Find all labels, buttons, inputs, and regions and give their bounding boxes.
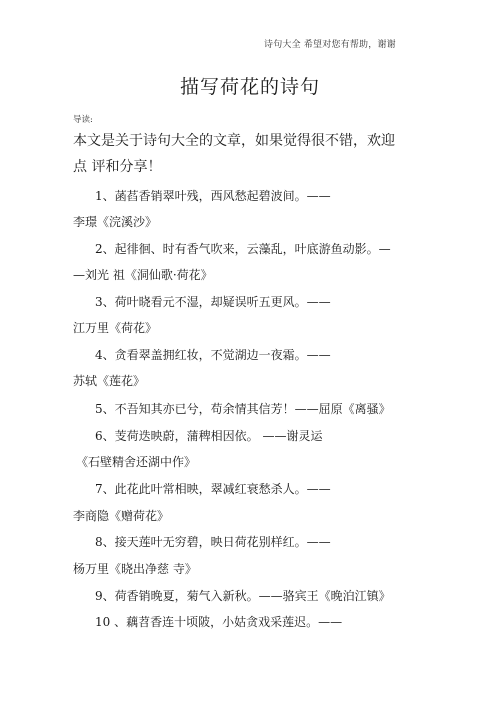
intro-paragraph: 本文是关于诗句大全的文章，如果觉得很不错，欢迎 点 评和分享！ — [73, 128, 433, 180]
poem-line: 7、此花此叶常相映，翠减红衰愁杀人。—— — [95, 480, 331, 497]
intro-line: 点 评和分享！ — [73, 154, 433, 180]
page-title: 描写荷花的诗句 — [0, 72, 500, 99]
poem-source: —刘光 祖《洞仙歌·荷花》 — [73, 266, 213, 283]
poem-line: 6、芰荷迭映蔚，蒲稗相因依。 ——谢灵运 — [95, 427, 322, 444]
header-note: 诗句大全 希望对您有帮助，谢谢 — [264, 37, 396, 50]
poem-source: 苏轼《莲花》 — [73, 372, 145, 389]
poem-line: 10 、藕苕香连十顷陂，小姑贪戏采莲迟。—— — [95, 613, 342, 630]
poem-line: 3、荷叶晓看元不湿，却疑误听五更风。—— — [95, 293, 331, 310]
poem-line: 5、不吾知其亦已兮，苟余情其信芳！——屈原《离骚》 — [95, 400, 391, 417]
poem-source: 《石壁精舍还湖中作》 — [76, 453, 196, 470]
poem-line: 4、贪看翠盖拥红妆，不觉湖边一夜霜。—— — [95, 346, 331, 363]
lead-label: 导读: — [73, 113, 93, 125]
poem-source: 杨万里《晓出净慈 寺》 — [73, 560, 197, 577]
intro-line: 本文是关于诗句大全的文章，如果觉得很不错，欢迎 — [73, 128, 433, 154]
poem-line: 2、起徘徊、时有香气吹来，云藻乱，叶底游鱼动影。— — [95, 240, 391, 257]
poem-line: 8、接天莲叶无穷碧，映日荷花别样红。—— — [95, 533, 331, 550]
poem-source: 江万里《荷花》 — [73, 319, 157, 336]
poem-source: 李商隐《赠荷花》 — [73, 507, 169, 524]
poem-source: 李璟《浣溪沙》 — [73, 213, 157, 230]
poem-line: 9、荷香销晚夏，菊气入新秋。——骆宾王《晚泊江镇》 — [95, 587, 391, 604]
poem-line: 1、菡萏香销翠叶残，西风愁起碧波间。—— — [95, 187, 331, 204]
